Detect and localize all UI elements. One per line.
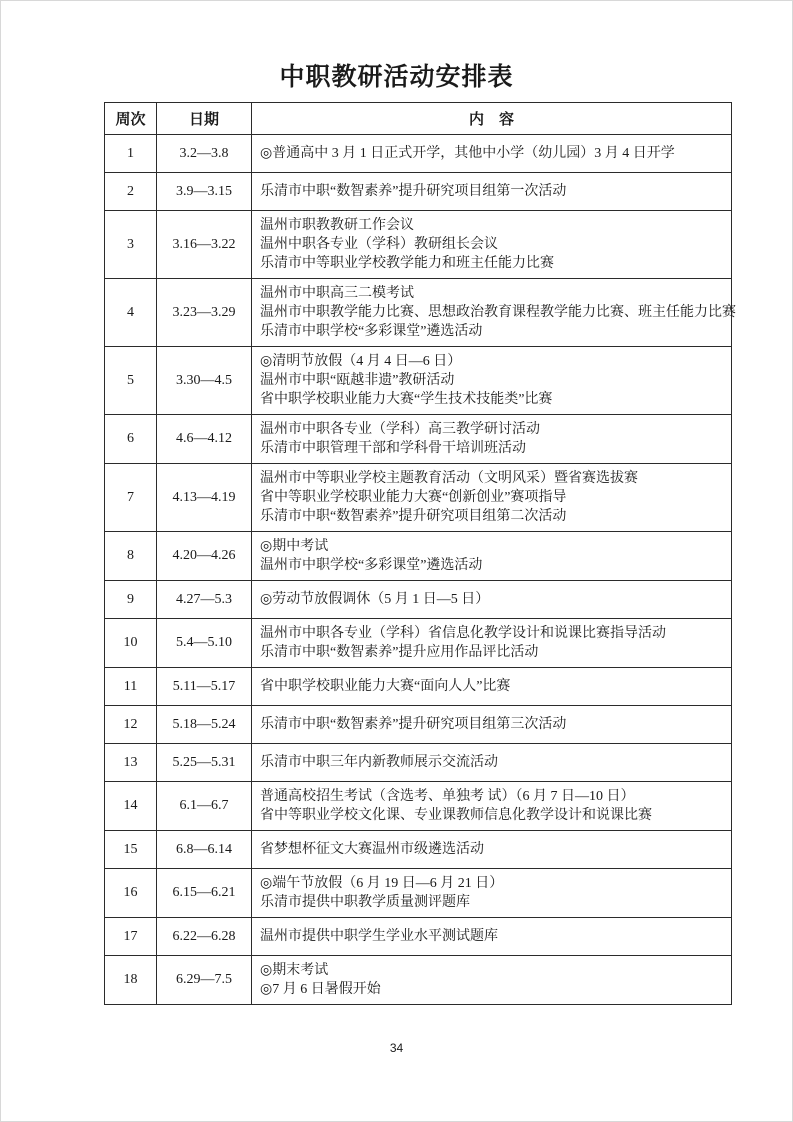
content-cell: 乐清市中职三年内新教师展示交流活动 xyxy=(252,744,732,782)
date-cell: 5.18—5.24 xyxy=(157,706,252,744)
table-row: 186.29—7.5◎期末考试◎7 月 6 日暑假开始 xyxy=(105,956,732,1005)
content-line: 省梦想杯征文大赛温州市级遴选活动 xyxy=(260,840,725,859)
content-line: ◎普通高中 3 月 1 日正式开学，其他中小学（幼儿园）3 月 4 日开学 xyxy=(260,144,725,163)
table-row: 23.9—3.15乐清市中职“数智素养”提升研究项目组第一次活动 xyxy=(105,173,732,211)
content-line: 乐清市中职“数智素养”提升研究项目组第二次活动 xyxy=(260,507,725,526)
content-line: 省中等职业学校职业能力大赛“创新创业”赛项指导 xyxy=(260,488,725,507)
table-row: 74.13—4.19温州市中等职业学校主题教育活动（文明风采）暨省赛选拔赛省中等… xyxy=(105,464,732,532)
table-row: 13.2—3.8◎普通高中 3 月 1 日正式开学，其他中小学（幼儿园）3 月 … xyxy=(105,135,732,173)
content-line: 温州市中职高三二模考试 xyxy=(260,284,725,303)
content-line: ◎端午节放假（6 月 19 日—6 月 21 日） xyxy=(260,874,725,893)
content-line: 省中职学校职业能力大赛“学生技术技能类”比赛 xyxy=(260,390,725,409)
content-line: 温州中职各专业（学科）教研组长会议 xyxy=(260,235,725,254)
table-row: 53.30—4.5◎清明节放假（4 月 4 日—6 日）温州市中职“瓯越非遗”教… xyxy=(105,347,732,415)
date-cell: 4.6—4.12 xyxy=(157,415,252,464)
week-cell: 13 xyxy=(105,744,157,782)
column-header-week: 周次 xyxy=(105,103,157,135)
content-line: ◎期中考试 xyxy=(260,537,725,556)
content-cell: 乐清市中职“数智素养”提升研究项目组第三次活动 xyxy=(252,706,732,744)
week-cell: 8 xyxy=(105,532,157,581)
table-header-row: 周次 日期 内 容 xyxy=(105,103,732,135)
content-cell: 温州市中等职业学校主题教育活动（文明风采）暨省赛选拔赛省中等职业学校职业能力大赛… xyxy=(252,464,732,532)
content-line: 温州市中职各专业（学科）高三教学研讨活动 xyxy=(260,420,725,439)
content-line: 温州市中等职业学校主题教育活动（文明风采）暨省赛选拔赛 xyxy=(260,469,725,488)
table-row: 64.6—4.12温州市中职各专业（学科）高三教学研讨活动乐清市中职管理干部和学… xyxy=(105,415,732,464)
date-cell: 3.2—3.8 xyxy=(157,135,252,173)
date-cell: 3.9—3.15 xyxy=(157,173,252,211)
content-line: 温州市中职各专业（学科）省信息化教学设计和说课比赛指导活动 xyxy=(260,624,725,643)
table-row: 176.22—6.28温州市提供中职学生学业水平测试题库 xyxy=(105,918,732,956)
date-cell: 3.16—3.22 xyxy=(157,211,252,279)
content-line: 乐清市中职“数智素养”提升应用作品评比活动 xyxy=(260,643,725,662)
week-cell: 1 xyxy=(105,135,157,173)
content-line: 温州市职教教研工作会议 xyxy=(260,216,725,235)
content-line: 乐清市提供中职教学质量测评题库 xyxy=(260,893,725,912)
table-row: 125.18—5.24乐清市中职“数智素养”提升研究项目组第三次活动 xyxy=(105,706,732,744)
week-cell: 18 xyxy=(105,956,157,1005)
date-cell: 4.20—4.26 xyxy=(157,532,252,581)
content-line: ◎劳动节放假调休（5 月 1 日—5 日） xyxy=(260,590,725,609)
date-cell: 6.22—6.28 xyxy=(157,918,252,956)
content-line: 乐清市中职管理干部和学科骨干培训班活动 xyxy=(260,439,725,458)
week-cell: 7 xyxy=(105,464,157,532)
week-cell: 17 xyxy=(105,918,157,956)
column-header-content: 内 容 xyxy=(252,103,732,135)
content-line: 温州市提供中职学生学业水平测试题库 xyxy=(260,927,725,946)
week-cell: 16 xyxy=(105,869,157,918)
week-cell: 12 xyxy=(105,706,157,744)
table-row: 105.4—5.10温州市中职各专业（学科）省信息化教学设计和说课比赛指导活动乐… xyxy=(105,619,732,668)
table-row: 43.23—3.29温州市中职高三二模考试温州市中职教学能力比赛、思想政治教育课… xyxy=(105,279,732,347)
content-cell: ◎劳动节放假调休（5 月 1 日—5 日） xyxy=(252,581,732,619)
column-header-date: 日期 xyxy=(157,103,252,135)
content-line: 乐清市中职“数智素养”提升研究项目组第三次活动 xyxy=(260,715,725,734)
week-cell: 14 xyxy=(105,782,157,831)
content-line: 温州市中职教学能力比赛、思想政治教育课程教学能力比赛、班主任能力比赛 xyxy=(260,303,725,322)
table-row: 135.25—5.31乐清市中职三年内新教师展示交流活动 xyxy=(105,744,732,782)
content-cell: ◎端午节放假（6 月 19 日—6 月 21 日）乐清市提供中职教学质量测评题库 xyxy=(252,869,732,918)
page-number: 34 xyxy=(1,1041,792,1055)
table-row: 146.1—6.7普通高校招生考试（含选考、单独考 试）（6 月 7 日—10 … xyxy=(105,782,732,831)
content-cell: 省中职学校职业能力大赛“面向人人”比赛 xyxy=(252,668,732,706)
week-cell: 5 xyxy=(105,347,157,415)
content-line: 省中职学校职业能力大赛“面向人人”比赛 xyxy=(260,677,725,696)
schedule-table-body: 13.2—3.8◎普通高中 3 月 1 日正式开学，其他中小学（幼儿园）3 月 … xyxy=(105,135,732,1005)
content-cell: 温州市中职各专业（学科）省信息化教学设计和说课比赛指导活动乐清市中职“数智素养”… xyxy=(252,619,732,668)
content-cell: 省梦想杯征文大赛温州市级遴选活动 xyxy=(252,831,732,869)
content-cell: 温州市中职各专业（学科）高三教学研讨活动乐清市中职管理干部和学科骨干培训班活动 xyxy=(252,415,732,464)
table-row: 94.27—5.3◎劳动节放假调休（5 月 1 日—5 日） xyxy=(105,581,732,619)
date-cell: 3.23—3.29 xyxy=(157,279,252,347)
content-cell: 温州市职教教研工作会议温州中职各专业（学科）教研组长会议乐清市中等职业学校教学能… xyxy=(252,211,732,279)
content-line: ◎7 月 6 日暑假开始 xyxy=(260,980,725,999)
week-cell: 9 xyxy=(105,581,157,619)
week-cell: 10 xyxy=(105,619,157,668)
content-cell: ◎期末考试◎7 月 6 日暑假开始 xyxy=(252,956,732,1005)
date-cell: 3.30—4.5 xyxy=(157,347,252,415)
table-row: 33.16—3.22温州市职教教研工作会议温州中职各专业（学科）教研组长会议乐清… xyxy=(105,211,732,279)
page-title: 中职教研活动安排表 xyxy=(1,57,792,93)
content-line: 省中等职业学校文化课、专业课教师信息化教学设计和说课比赛 xyxy=(260,806,725,825)
content-line: 乐清市中等职业学校教学能力和班主任能力比赛 xyxy=(260,254,725,273)
content-cell: ◎普通高中 3 月 1 日正式开学，其他中小学（幼儿园）3 月 4 日开学 xyxy=(252,135,732,173)
table-row: 156.8—6.14省梦想杯征文大赛温州市级遴选活动 xyxy=(105,831,732,869)
date-cell: 5.11—5.17 xyxy=(157,668,252,706)
table-row: 115.11—5.17省中职学校职业能力大赛“面向人人”比赛 xyxy=(105,668,732,706)
content-cell: 普通高校招生考试（含选考、单独考 试）（6 月 7 日—10 日）省中等职业学校… xyxy=(252,782,732,831)
content-cell: 温州市中职高三二模考试温州市中职教学能力比赛、思想政治教育课程教学能力比赛、班主… xyxy=(252,279,732,347)
content-cell: 温州市提供中职学生学业水平测试题库 xyxy=(252,918,732,956)
table-row: 84.20—4.26◎期中考试温州市中职学校“多彩课堂”遴选活动 xyxy=(105,532,732,581)
week-cell: 6 xyxy=(105,415,157,464)
date-cell: 6.15—6.21 xyxy=(157,869,252,918)
content-cell: ◎清明节放假（4 月 4 日—6 日）温州市中职“瓯越非遗”教研活动省中职学校职… xyxy=(252,347,732,415)
date-cell: 4.13—4.19 xyxy=(157,464,252,532)
content-cell: 乐清市中职“数智素养”提升研究项目组第一次活动 xyxy=(252,173,732,211)
content-line: 乐清市中职“数智素养”提升研究项目组第一次活动 xyxy=(260,182,725,201)
content-line: ◎清明节放假（4 月 4 日—6 日） xyxy=(260,352,725,371)
content-cell: ◎期中考试温州市中职学校“多彩课堂”遴选活动 xyxy=(252,532,732,581)
content-line: ◎期末考试 xyxy=(260,961,725,980)
content-line: 温州市中职“瓯越非遗”教研活动 xyxy=(260,371,725,390)
week-cell: 3 xyxy=(105,211,157,279)
table-row: 166.15—6.21◎端午节放假（6 月 19 日—6 月 21 日）乐清市提… xyxy=(105,869,732,918)
content-line: 乐清市中职三年内新教师展示交流活动 xyxy=(260,753,725,772)
content-line: 温州市中职学校“多彩课堂”遴选活动 xyxy=(260,556,725,575)
date-cell: 4.27—5.3 xyxy=(157,581,252,619)
date-cell: 6.29—7.5 xyxy=(157,956,252,1005)
week-cell: 2 xyxy=(105,173,157,211)
date-cell: 6.8—6.14 xyxy=(157,831,252,869)
week-cell: 11 xyxy=(105,668,157,706)
schedule-table: 周次 日期 内 容 13.2—3.8◎普通高中 3 月 1 日正式开学，其他中小… xyxy=(104,102,732,1005)
date-cell: 5.4—5.10 xyxy=(157,619,252,668)
content-line: 普通高校招生考试（含选考、单独考 试）（6 月 7 日—10 日） xyxy=(260,787,725,806)
content-line: 乐清市中职学校“多彩课堂”遴选活动 xyxy=(260,322,725,341)
date-cell: 5.25—5.31 xyxy=(157,744,252,782)
document-page: 中职教研活动安排表 周次 日期 内 容 13.2—3.8◎普通高中 3 月 1 … xyxy=(0,0,793,1122)
week-cell: 15 xyxy=(105,831,157,869)
date-cell: 6.1—6.7 xyxy=(157,782,252,831)
week-cell: 4 xyxy=(105,279,157,347)
